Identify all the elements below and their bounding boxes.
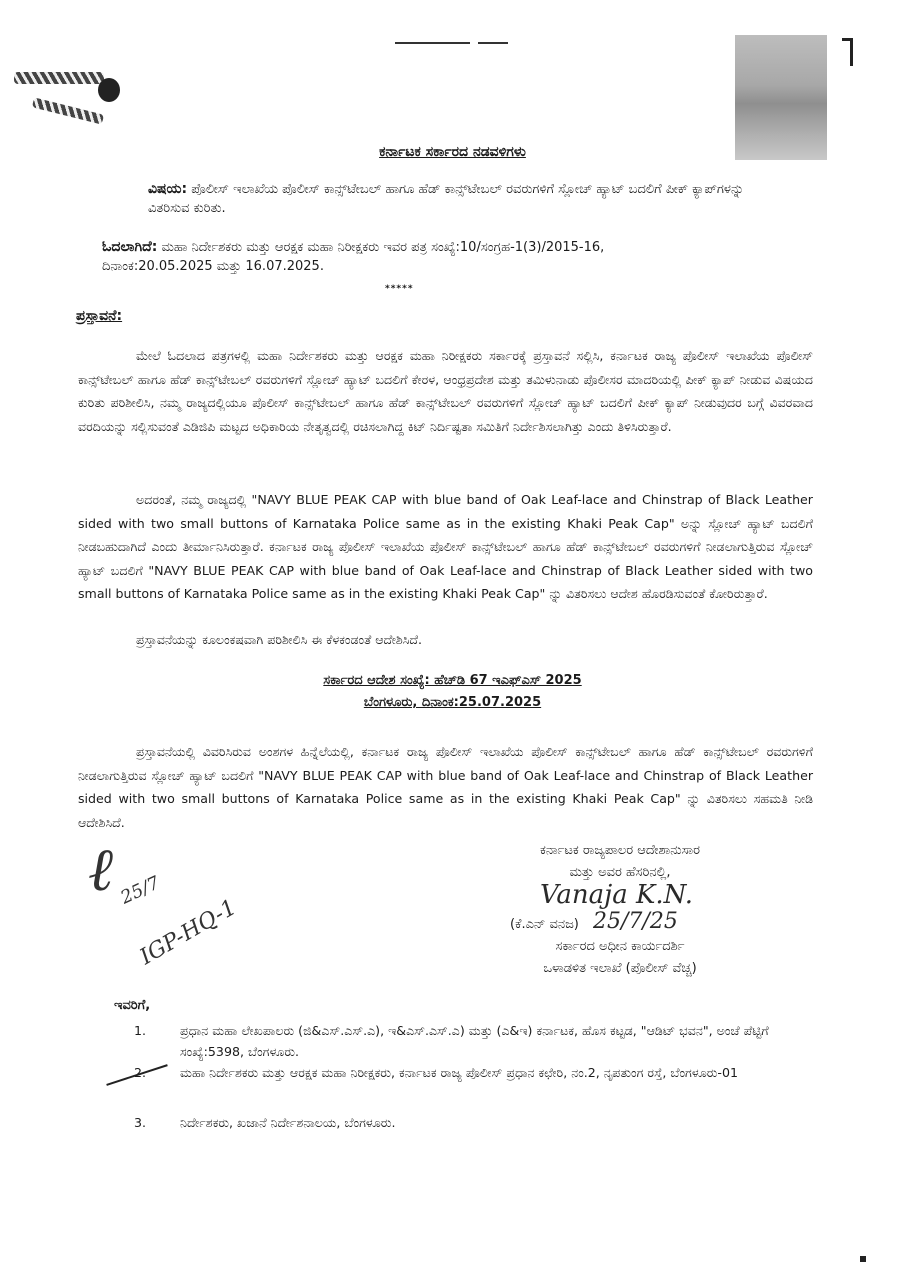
preamble-paragraph-3: ಪ್ರಸ್ತಾವನೆಯನ್ನು ಕೂಲಂಕಷವಾಗಿ ಪರಿಶೀಲಿಸಿ ಈ ಕ… xyxy=(78,628,813,652)
signature-line-1: ಕರ್ನಾಟಕ ರಾಜ್ಯಪಾಲರ ಆದೇಶಾನುಸಾರ xyxy=(440,840,800,862)
signatory-name: (ಕೆ.ಎನ್ ವನಜ) xyxy=(510,917,579,932)
recipient-item: 3. ನಿರ್ದೇಶಕರು, ಖಜಾನೆ ನಿರ್ದೇಶನಾಲಯ, ಬೆಂಗಳೂ… xyxy=(134,1112,799,1133)
subject-text: ಪೊಲೀಸ್ ಇಲಾಖೆಯ ಪೊಲೀಸ್ ಕಾನ್ಸ್‌ಟೇಬಲ್ ಹಾಗೂ ಹ… xyxy=(148,182,744,216)
tag-knot-icon xyxy=(98,78,120,102)
signatory-designation: ಸರ್ಕಾರದ ಅಧೀನ ಕಾರ್ಯದರ್ಶಿ xyxy=(440,936,800,958)
stamp-shadow xyxy=(735,35,827,160)
recipient-item: 2. ಮಹಾ ನಿರ್ದೇಶಕರು ಮತ್ತು ಆರಕ್ಷಕ ಮಹಾ ನಿರೀಕ… xyxy=(134,1062,799,1083)
reference: ಓದಲಾಗಿದೆ: ಮಹಾ ನಿರ್ದೇಶಕರು ಮತ್ತು ಆರಕ್ಷಕ ಮಹ… xyxy=(102,238,712,276)
preamble-title: ಪ್ರಸ್ತಾವನೆ: xyxy=(76,308,122,324)
recipient-item: 1. ಪ್ರಧಾನ ಮಹಾ ಲೇಖಪಾಲರು (ಜಿ&ಎಸ್.ಎಸ್.ಎ), ಇ… xyxy=(134,1020,799,1062)
subject: ವಿಷಯ: ಪೊಲೀಸ್ ಇಲಾಖೆಯ ಪೊಲೀಸ್ ಕಾನ್ಸ್‌ಟೇಬಲ್ … xyxy=(148,180,748,218)
order-number: ಸರ್ಕಾರದ ಆದೇಶ ಸಂಖ್ಯೆ: ಹೆಚ್‌ಡಿ 67 ಇಎಫ್‌ಎಸ್… xyxy=(0,670,905,691)
signatory-department: ಒಳಾಡಳಿತ ಇಲಾಖೆ (ಪೊಲೀಸ್ ವೆಚ್ಚ) xyxy=(440,958,800,980)
order-place-date: ಬೆಂಗಳೂರು, ದಿನಾಂಕ:25.07.2025 xyxy=(0,692,905,713)
handwritten-note: IGP-HQ-1 xyxy=(136,895,241,970)
subject-label: ವಿಷಯ: xyxy=(148,181,187,197)
handwritten-signature: Vanaja K.N. xyxy=(440,884,800,911)
page-title: ಕರ್ನಾಟಕ ಸರ್ಕಾರದ ನಡವಳಿಗಳು xyxy=(0,144,905,160)
scan-mark xyxy=(478,42,508,44)
signature-block: ಕರ್ನಾಟಕ ರಾಜ್ಯಪಾಲರ ಆದೇಶಾನುಸಾರ ಮತ್ತು ಅವರ ಹ… xyxy=(440,840,800,980)
separator: ***** xyxy=(385,284,414,294)
order-text: ಪ್ರಸ್ತಾವನೆಯಲ್ಲಿ ವಿವರಿಸಿರುವ ಅಂಶಗಳ ಹಿನ್ನೆಲ… xyxy=(78,740,813,834)
corner-mark xyxy=(850,38,853,66)
tag-string-icon xyxy=(14,72,104,84)
handwritten-initials-date: 25/7 xyxy=(117,872,163,908)
tag-string-icon xyxy=(32,97,104,124)
preamble-paragraph-2: ಅದರಂತೆ, ನಮ್ಮ ರಾಜ್ಯದಲ್ಲಿ "NAVY BLUE PEAK … xyxy=(78,488,813,606)
reference-text: ಮಹಾ ನಿರ್ದೇಶಕರು ಮತ್ತು ಆರಕ್ಷಕ ಮಹಾ ನಿರೀಕ್ಷಕ… xyxy=(102,240,604,274)
scan-speck xyxy=(860,1256,866,1262)
preamble-paragraph-1: ಮೇಲೆ ಓದಲಾದ ಪತ್ರಗಳಲ್ಲಿ ಮಹಾ ನಿರ್ದೇಶಕರು ಮತ್… xyxy=(78,344,813,438)
reference-label: ಓದಲಾಗಿದೆ: xyxy=(102,239,157,255)
recipients-label: ಇವರಿಗೆ, xyxy=(114,998,150,1013)
initials-scribble: ℓ xyxy=(88,840,113,900)
handwritten-date: 25/7/25 xyxy=(593,909,678,934)
scan-mark xyxy=(395,42,470,44)
